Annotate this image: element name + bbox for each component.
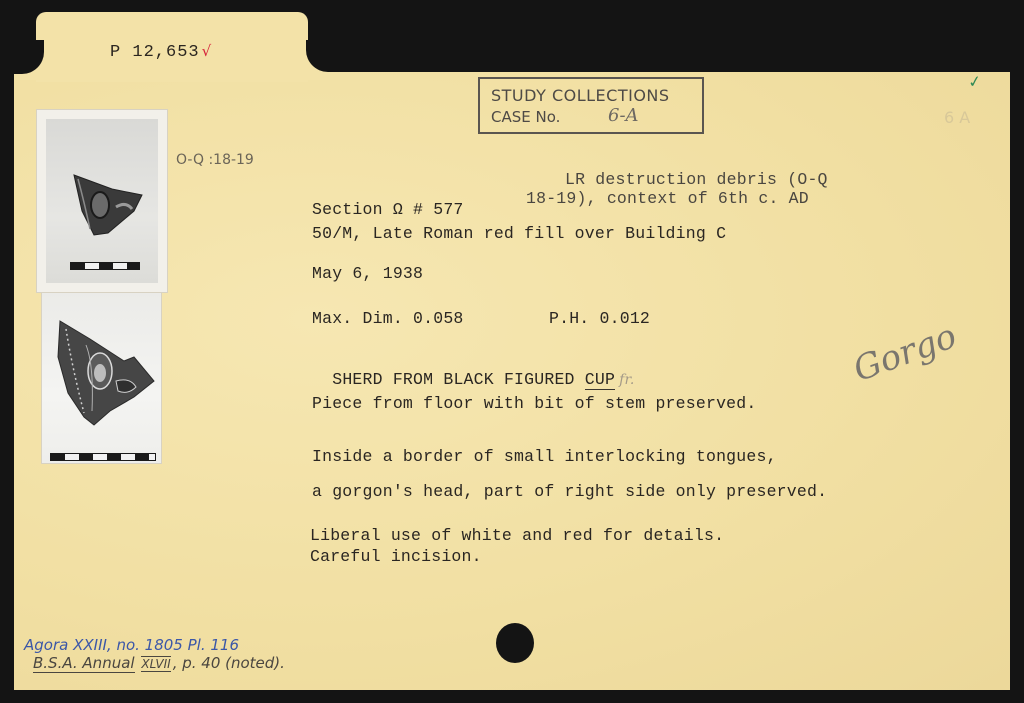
scale-bar bbox=[70, 262, 140, 270]
stamp-case-number: 6-A bbox=[608, 105, 639, 126]
deposit-line: 50/M, Late Roman red fill over Building … bbox=[312, 224, 726, 243]
sherd-fragment-icon bbox=[50, 317, 156, 429]
photo-print bbox=[46, 119, 158, 283]
sherd-fragment-icon bbox=[68, 171, 148, 241]
fragment-annotation: fr. bbox=[619, 372, 634, 388]
description-line-1: Piece from floor with bit of stem preser… bbox=[312, 394, 756, 413]
stamp-title: STUDY COLLECTIONS bbox=[491, 86, 670, 105]
description-line-4: Liberal use of white and red for details… bbox=[310, 526, 724, 545]
context-note-line-1: LR destruction debris (O-Q bbox=[565, 170, 828, 189]
green-check-icon: ✓ bbox=[967, 71, 983, 92]
description-line-2: Inside a border of small interlocking to… bbox=[312, 447, 777, 466]
section-line: Section Ω # 577 bbox=[312, 200, 464, 219]
handwritten-grid-reference: O-Q :18-19 bbox=[176, 152, 254, 168]
sherd-photo-interior bbox=[41, 292, 162, 464]
stamp-case-label: CASE No. bbox=[491, 108, 560, 126]
reference-journal: B.S.A. Annual bbox=[33, 654, 135, 673]
scale-bar bbox=[50, 453, 156, 461]
accession-number-text: P 12,653 bbox=[110, 43, 200, 62]
preserved-height: P.H. 0.012 bbox=[549, 309, 650, 328]
study-collections-stamp: STUDY COLLECTIONS CASE No. 6-A bbox=[478, 77, 704, 134]
faint-case-mark: 6 A bbox=[944, 108, 970, 127]
excavation-date: May 6, 1938 bbox=[312, 264, 423, 283]
object-title-prefix: SHERD FROM BLACK FIGURED bbox=[332, 370, 585, 389]
filing-punch-hole bbox=[496, 623, 534, 663]
reference-bsa: B.S.A. Annual XLVII, p. 40 (noted). bbox=[33, 654, 285, 672]
tab-left-shoulder bbox=[14, 40, 44, 80]
object-title: SHERD FROM BLACK FIGURED CUPfr. bbox=[312, 351, 634, 389]
reference-volume: XLVII bbox=[141, 656, 170, 672]
reference-page: , p. 40 (noted). bbox=[173, 654, 285, 672]
reference-agora: Agora XXIII, no. 1805 Pl. 116 bbox=[24, 636, 239, 654]
context-note-line-2: 18-19), context of 6th c. AD bbox=[526, 189, 809, 208]
sherd-photo-exterior bbox=[36, 109, 168, 293]
max-dimension: Max. Dim. 0.058 bbox=[312, 309, 464, 328]
description-line-3: a gorgon's head, part of right side only… bbox=[312, 482, 827, 501]
description-line-5: Careful incision. bbox=[310, 547, 482, 566]
accession-number: P 12,653√ bbox=[110, 42, 212, 62]
tab-right-shoulder bbox=[300, 40, 330, 80]
red-check-icon: √ bbox=[202, 42, 213, 60]
object-title-shape: CUP bbox=[585, 370, 615, 390]
